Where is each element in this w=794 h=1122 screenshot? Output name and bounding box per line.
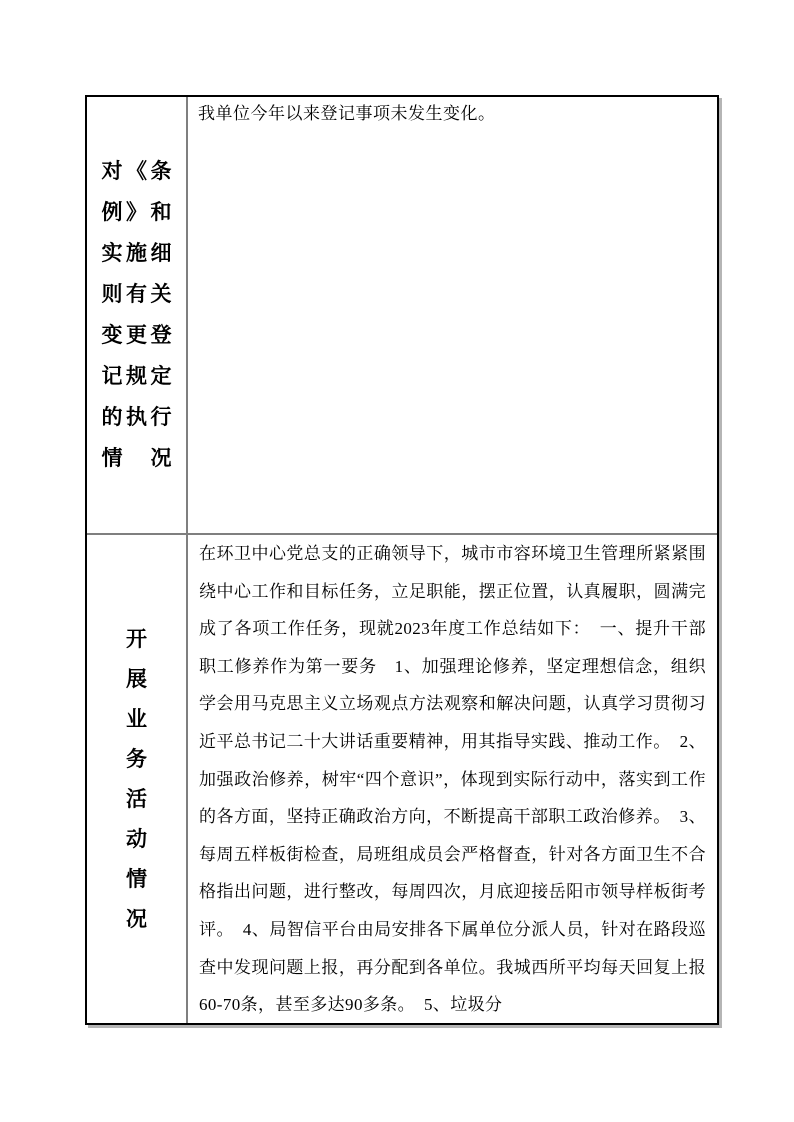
label-line: 实施细 <box>102 233 172 274</box>
label-line: 开 <box>102 619 172 659</box>
label-regulation-change-compliance: 对《条例》和实施细则有关变更登记规定的执行情况 <box>102 151 172 479</box>
label-line: 展 <box>102 659 172 699</box>
label-line: 活 <box>102 779 172 819</box>
label-business-activities: 开展业务活动情况 <box>102 619 172 939</box>
label-cell-business-activities: 开展业务活动情况 <box>87 535 188 1023</box>
label-line: 务 <box>102 739 172 779</box>
label-line: 情 <box>102 859 172 899</box>
cell-business-activities-content: 在环卫中心党总支的正确领导下，城市市容环境卫生管理所紧紧围绕中心工作和目标任务，… <box>188 535 717 1023</box>
label-line: 动 <box>102 819 172 859</box>
label-line: 则有关 <box>102 274 172 315</box>
table-row-regulation-compliance: 对《条例》和实施细则有关变更登记规定的执行情况 我单位今年以来登记事项未发生变化… <box>87 97 717 535</box>
label-line: 的执行 <box>102 397 172 438</box>
no-change-statement: 我单位今年以来登记事项未发生变化。 <box>198 101 706 127</box>
label-line: 记规定 <box>102 356 172 397</box>
table-row-business-activities: 开展业务活动情况 在环卫中心党总支的正确领导下，城市市容环境卫生管理所紧紧围绕中… <box>87 535 717 1023</box>
cell-regulation-compliance-content: 我单位今年以来登记事项未发生变化。 <box>188 97 717 533</box>
business-activities-summary: 在环卫中心党总支的正确领导下，城市市容环境卫生管理所紧紧围绕中心工作和目标任务，… <box>199 535 706 1023</box>
label-line: 情况 <box>102 438 172 479</box>
label-line: 业 <box>102 699 172 739</box>
label-line: 况 <box>102 899 172 939</box>
registration-form-table: 对《条例》和实施细则有关变更登记规定的执行情况 我单位今年以来登记事项未发生变化… <box>85 95 719 1025</box>
label-line: 例》和 <box>102 192 172 233</box>
document-page: 对《条例》和实施细则有关变更登记规定的执行情况 我单位今年以来登记事项未发生变化… <box>0 0 794 1122</box>
label-line: 变更登 <box>102 315 172 356</box>
label-line: 对《条 <box>102 151 172 192</box>
label-cell-regulation-change-compliance: 对《条例》和实施细则有关变更登记规定的执行情况 <box>87 97 188 533</box>
